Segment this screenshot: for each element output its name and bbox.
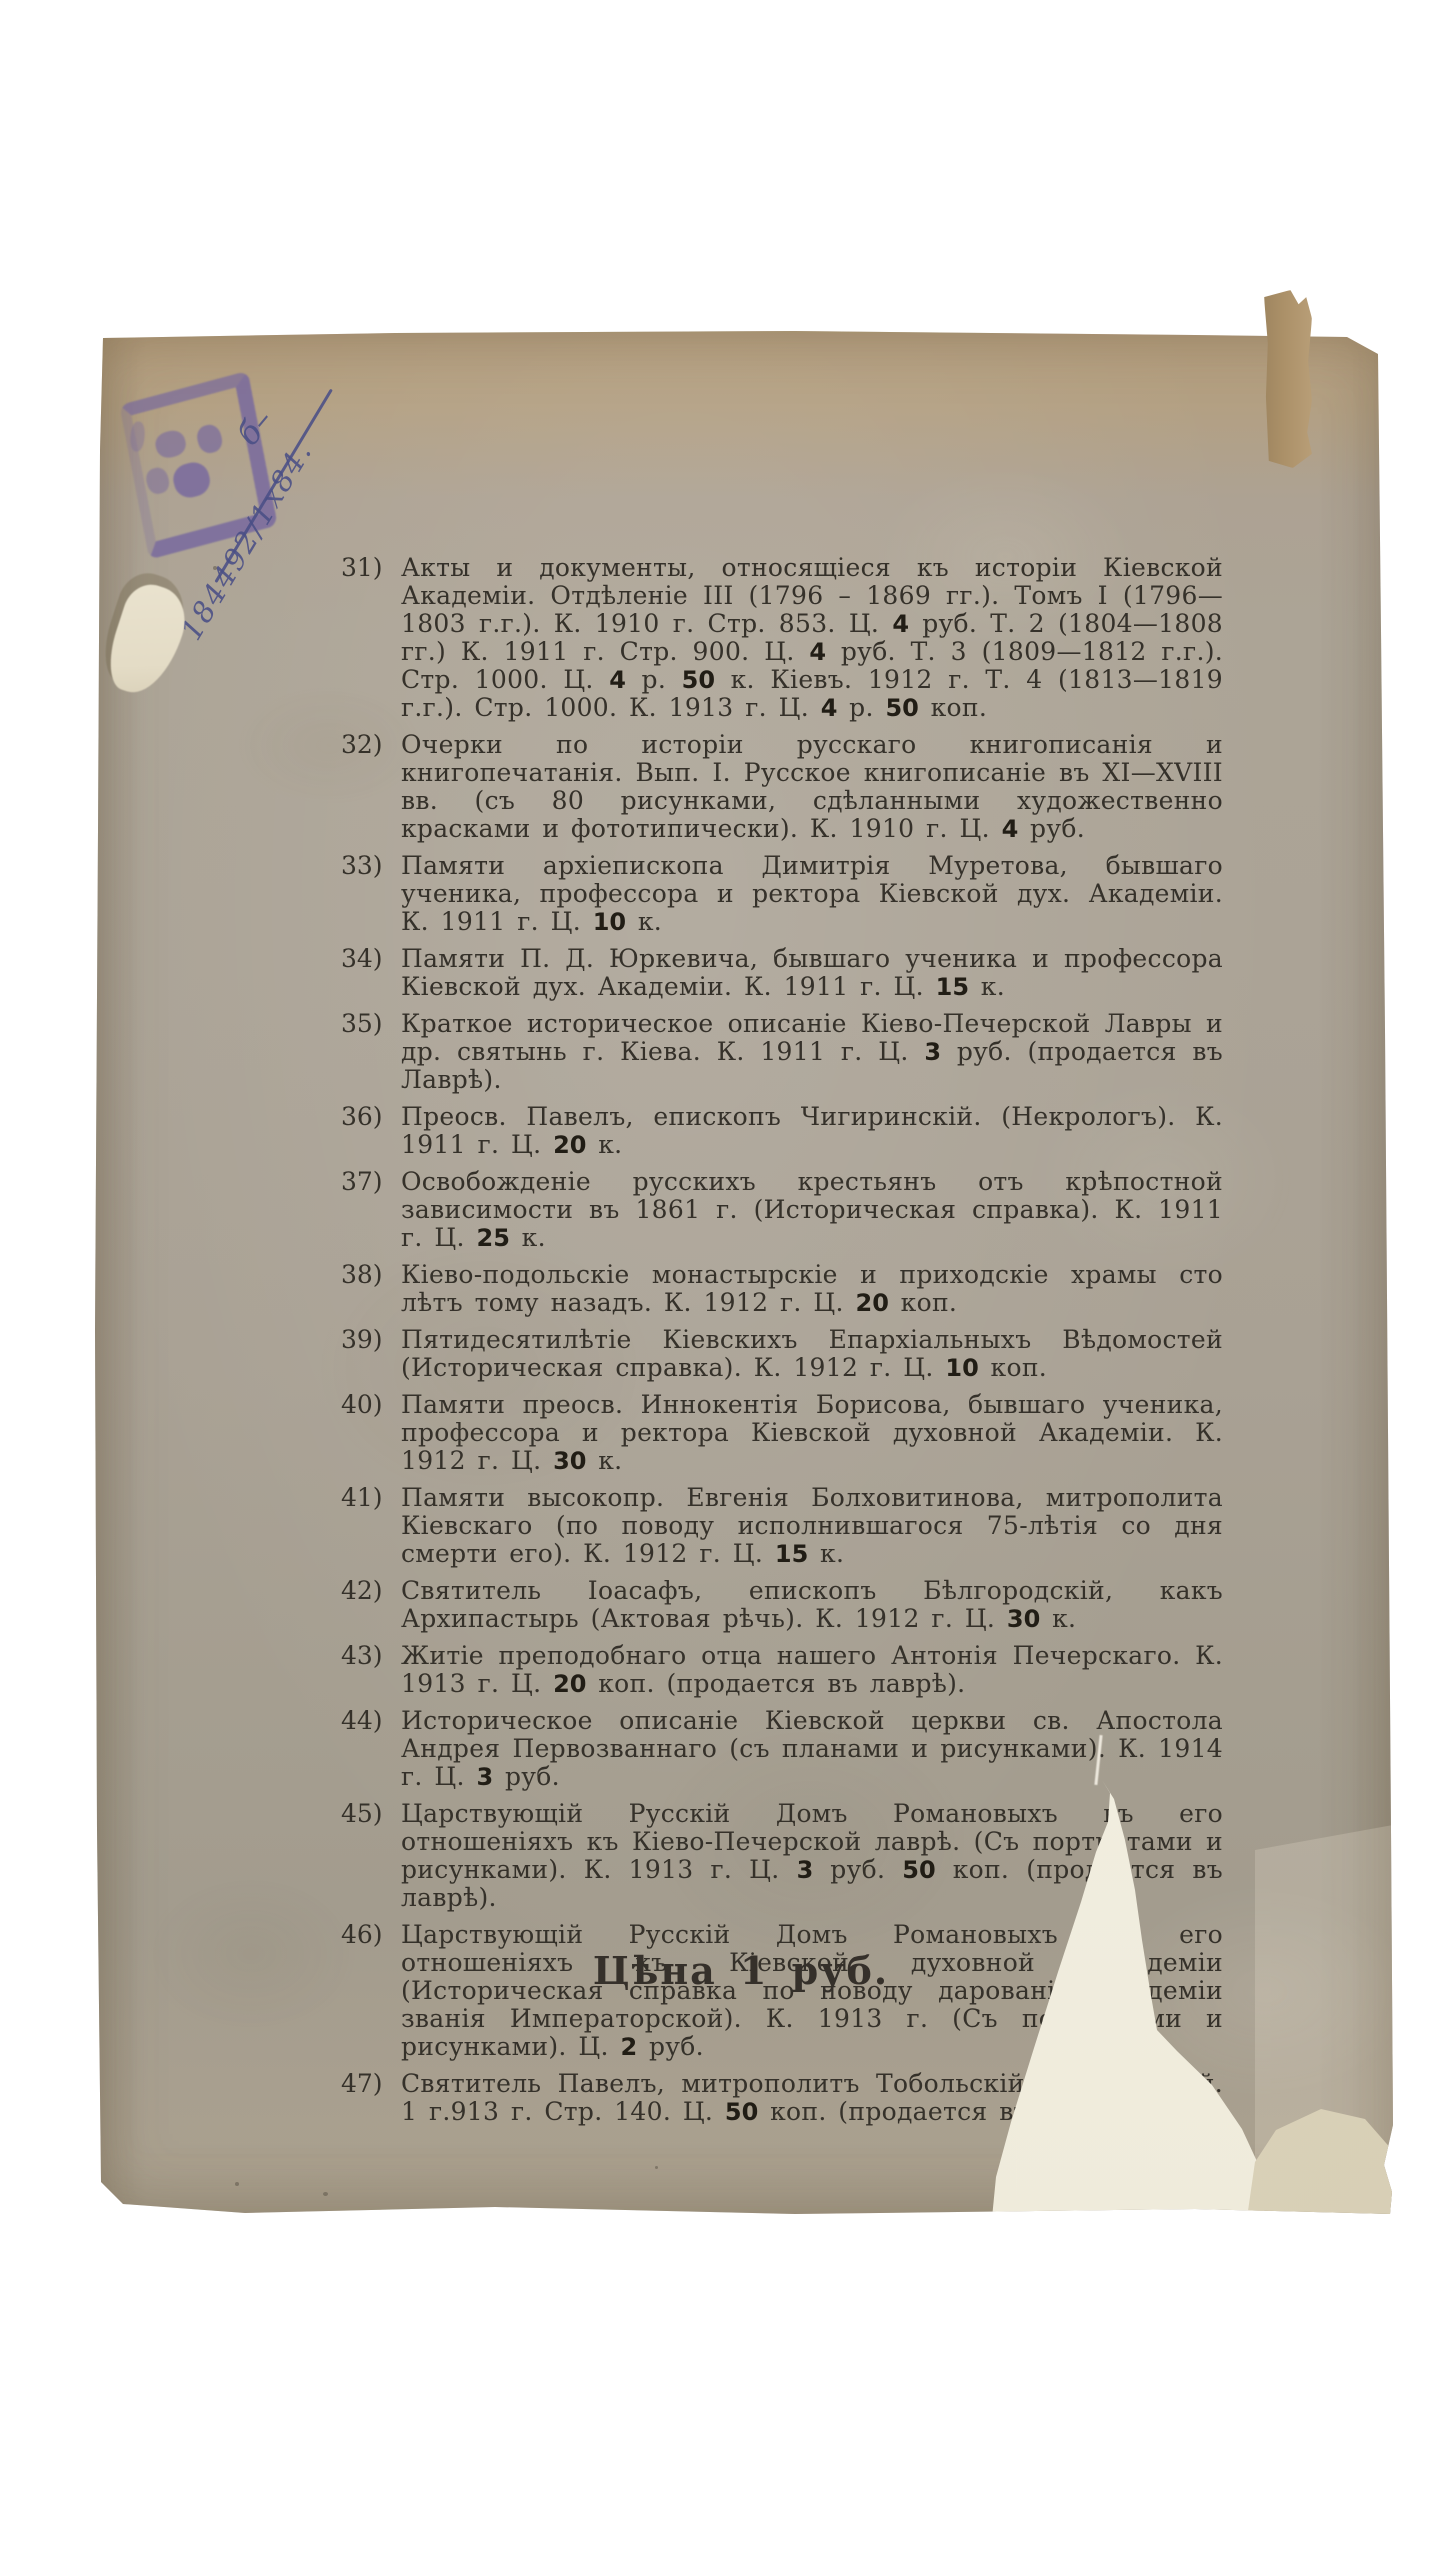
- list-item: 36) Преосв. Павелъ, епископъ Чигиринскій…: [341, 1103, 1223, 1159]
- item-text: Преосв. Павелъ, епископъ Чигиринскій. (Н…: [401, 1103, 1223, 1159]
- item-text: Краткое историческое описаніе Кіево-Пече…: [401, 1010, 1223, 1094]
- paper-scuff: [100, 578, 195, 702]
- list-item: 43) Житіе преподобнаго отца нашего Антон…: [341, 1642, 1223, 1698]
- price-line: Цѣна 1 руб.: [321, 1948, 1161, 1993]
- item-number: 31): [341, 554, 401, 722]
- scan-canvas: б– 184492/1х84. 31) Акты и документы, от…: [0, 0, 1440, 2560]
- list-item: 31) Акты и документы, относящіеся къ ист…: [341, 554, 1223, 722]
- item-text: Очерки по исторіи русскаго книгописанія …: [401, 731, 1223, 843]
- item-text: Памяти преосв. Иннокентія Борисова, бывш…: [401, 1391, 1223, 1475]
- item-number: 47): [341, 2070, 401, 2126]
- item-number: 43): [341, 1642, 401, 1698]
- item-text: Кіево-подольскіе монастырскіе и приходск…: [401, 1261, 1223, 1317]
- list-item: 33) Памяти архіепископа Димитрія Муретов…: [341, 852, 1223, 936]
- item-number: 38): [341, 1261, 401, 1317]
- item-number: 41): [341, 1484, 401, 1568]
- item-text: Пятидесятилѣтіе Кіевскихъ Епархіальныхъ …: [401, 1326, 1223, 1382]
- paper-speck: [323, 2192, 328, 2196]
- list-item: 41) Памяти высокопр. Евгенія Болховитино…: [341, 1484, 1223, 1568]
- list-item: 32) Очерки по исторіи русскаго книгописа…: [341, 731, 1223, 843]
- item-number: 37): [341, 1168, 401, 1252]
- item-number: 33): [341, 852, 401, 936]
- list-item: 40) Памяти преосв. Иннокентія Борисова, …: [341, 1391, 1223, 1475]
- item-text: Памяти архіепископа Димитрія Муретова, б…: [401, 852, 1223, 936]
- paper-speck: [213, 566, 217, 570]
- binding-tape-remnant: [1264, 290, 1312, 468]
- item-text: Житіе преподобнаго отца нашего Антонія П…: [401, 1642, 1223, 1698]
- item-number: 39): [341, 1326, 401, 1382]
- item-number: 40): [341, 1391, 401, 1475]
- item-number: 35): [341, 1010, 401, 1094]
- list-item: 34) Памяти П. Д. Юркевича, бывшаго учени…: [341, 945, 1223, 1001]
- item-text: Акты и документы, относящіеся къ исторіи…: [401, 554, 1223, 722]
- list-item: 42) Святитель Іоасафъ, епископъ Бѣлгород…: [341, 1577, 1223, 1633]
- item-text: Святитель Іоасафъ, епископъ Бѣлгородскій…: [401, 1577, 1223, 1633]
- paper-speck: [235, 2182, 239, 2186]
- item-number: 44): [341, 1707, 401, 1791]
- item-number: 45): [341, 1800, 401, 1912]
- paper-speck: [655, 2166, 658, 2169]
- item-text: Освобожденіе русскихъ крестьянъ отъ крѣп…: [401, 1168, 1223, 1252]
- list-item: 39) Пятидесятилѣтіе Кіевскихъ Епархіальн…: [341, 1326, 1223, 1382]
- item-number: 34): [341, 945, 401, 1001]
- item-text: Памяти П. Д. Юркевича, бывшаго ученика и…: [401, 945, 1223, 1001]
- item-text: Памяти высокопр. Евгенія Болховитинова, …: [401, 1484, 1223, 1568]
- item-number: 32): [341, 731, 401, 843]
- list-item: 44) Историческое описаніе Кіевской церкв…: [341, 1707, 1223, 1791]
- item-number: 36): [341, 1103, 401, 1159]
- item-number: 42): [341, 1577, 401, 1633]
- list-item: 35) Краткое историческое описаніе Кіево-…: [341, 1010, 1223, 1094]
- book-back-cover: б– 184492/1х84. 31) Акты и документы, от…: [95, 330, 1395, 2218]
- list-item: 38) Кіево-подольскіе монастырскіе и прих…: [341, 1261, 1223, 1317]
- list-item: 37) Освобожденіе русскихъ крестьянъ отъ …: [341, 1168, 1223, 1252]
